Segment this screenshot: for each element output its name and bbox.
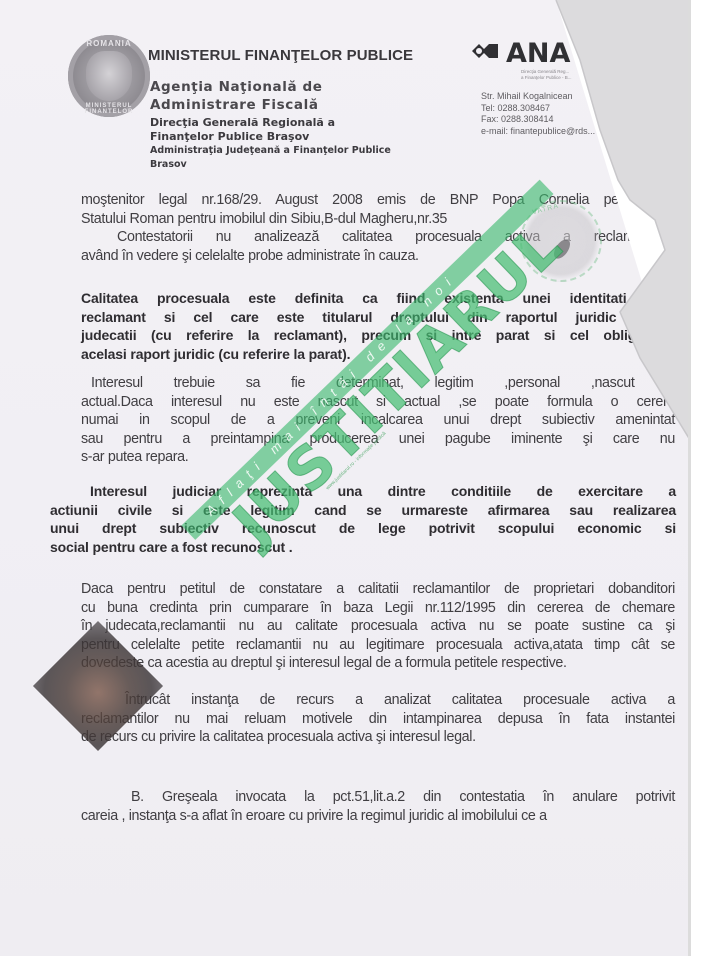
text-line: social pentru care a fost recunoscut . [50,538,676,557]
text-line: sau pentru a preintampina producerea une… [81,430,675,449]
notary-stamp: VATRA [520,200,602,282]
text-line: pentru celelalte petite reclamantii nu a… [81,636,675,655]
text-line: careia , instanţa s-a aflat în eroare cu… [81,807,675,826]
text-line: Daca pentru petitul de constatare a cali… [81,580,675,599]
anaf-logo-mark-icon [470,42,500,60]
paragraph-6: Daca pentru petitul de constatare a cali… [81,580,675,673]
admin-line-2: Brasov [150,158,391,172]
contact-tel: Tel: 0288.308467 [481,103,595,115]
text-line: B. Greşeala invocata la pct.51,lit.a.2 d… [81,788,675,807]
text-line: actual.Daca interesul nu este nascut si … [81,393,675,412]
text-line: Calitatea procesuala este definita ca fi… [81,289,675,308]
contact-block: Str. Mihail Kogalnicean Tel: 0288.308467… [481,91,595,137]
text-line: numai in scopul de a preveni incalcarea … [81,411,675,430]
text-line: reclamant si cel care este titularul dre… [81,308,675,327]
text-line: în judecata,reclamantii nu au calitate p… [81,617,675,636]
county-administration: Administraţia Judeţeană a Finanţelor Pub… [150,144,391,172]
crest-label-bottom: MINISTERUL FINANTELOR [68,103,150,115]
agency-name: Agenţia Naţională de Administrare Fiscal… [150,78,323,114]
anaf-logo-text: ANA [506,38,570,69]
text-line: moştenitor legal nr.168/29. August 2008 … [81,191,678,210]
agency-line-1: Agenţia Naţională de [150,78,323,96]
stamp-emblem-icon [551,237,573,262]
text-line: s-ar putea repara. [81,448,675,467]
text-line: de recurs cu privire la calitatea proces… [81,728,675,747]
text-line: Întrucât instanţa de recurs a analizat c… [81,691,675,710]
text-line: Interesul trebuie sa fie determinat, leg… [81,374,675,393]
anaf-subtitle-line-2: a Finanţelor Publice - B... [521,75,601,81]
paragraph-3-definition: Calitatea procesuala este definita ca fi… [81,289,675,363]
contact-email: e-mail: finantepublice@rds... [481,126,595,138]
paragraph-5-judicial-interest: Interesul judiciar reprezinta una dintre… [50,482,676,556]
regional-direction: Direcţia Generală Regională a Finanţelor… [150,116,335,144]
paragraph-4-interest: Interesul trebuie sa fie determinat, leg… [81,374,675,467]
text-line: judecatii (cu referire la reclamant), pr… [81,326,675,345]
text-line: dovedeste ca acestia au dreptul şi inter… [81,654,675,673]
crest-label-top: ROMANIA [68,39,150,48]
romania-coat-of-arms-seal: ROMANIA MINISTERUL FINANTELOR [68,35,150,117]
anaf-subtitle: Direcţia Generală Reg... a Finanţelor Pu… [521,69,601,81]
text-line: acelasi raport juridic (cu referire la p… [81,345,675,364]
paragraph-8-section-b: B. Greşeala invocata la pct.51,lit.a.2 d… [81,788,675,825]
direction-line-2: Finanţelor Publice Braşov [150,130,335,144]
text-line: reclamantilor nu mai reluam motivele din… [81,710,675,729]
direction-line-1: Direcţia Generală Regională a [150,116,335,130]
contact-street: Str. Mihail Kogalnicean [481,91,595,103]
text-line: actiunii civile si este legitim cand se … [50,501,676,520]
admin-line-1: Administraţia Judeţeană a Finanţelor Pub… [150,144,391,158]
page-right-edge [688,0,691,956]
scanned-document-page: ROMANIA MINISTERUL FINANTELOR MINISTERUL… [0,0,690,956]
contact-fax: Fax: 0288.308414 [481,114,595,126]
ministry-title: MINISTERUL FINANŢELOR PUBLICE [148,47,413,64]
text-line: Interesul judiciar reprezinta una dintre… [50,482,676,501]
anaf-logo: ANA [470,38,570,64]
text-line: unui drept subiectiv recunoscut de lege … [50,519,676,538]
text-line: cu buna credinta prin cumparare în baza … [81,599,675,618]
eagle-icon [86,51,132,101]
agency-line-2: Administrare Fiscală [150,96,323,114]
paragraph-7: Întrucât instanţa de recurs a analizat c… [81,691,675,747]
